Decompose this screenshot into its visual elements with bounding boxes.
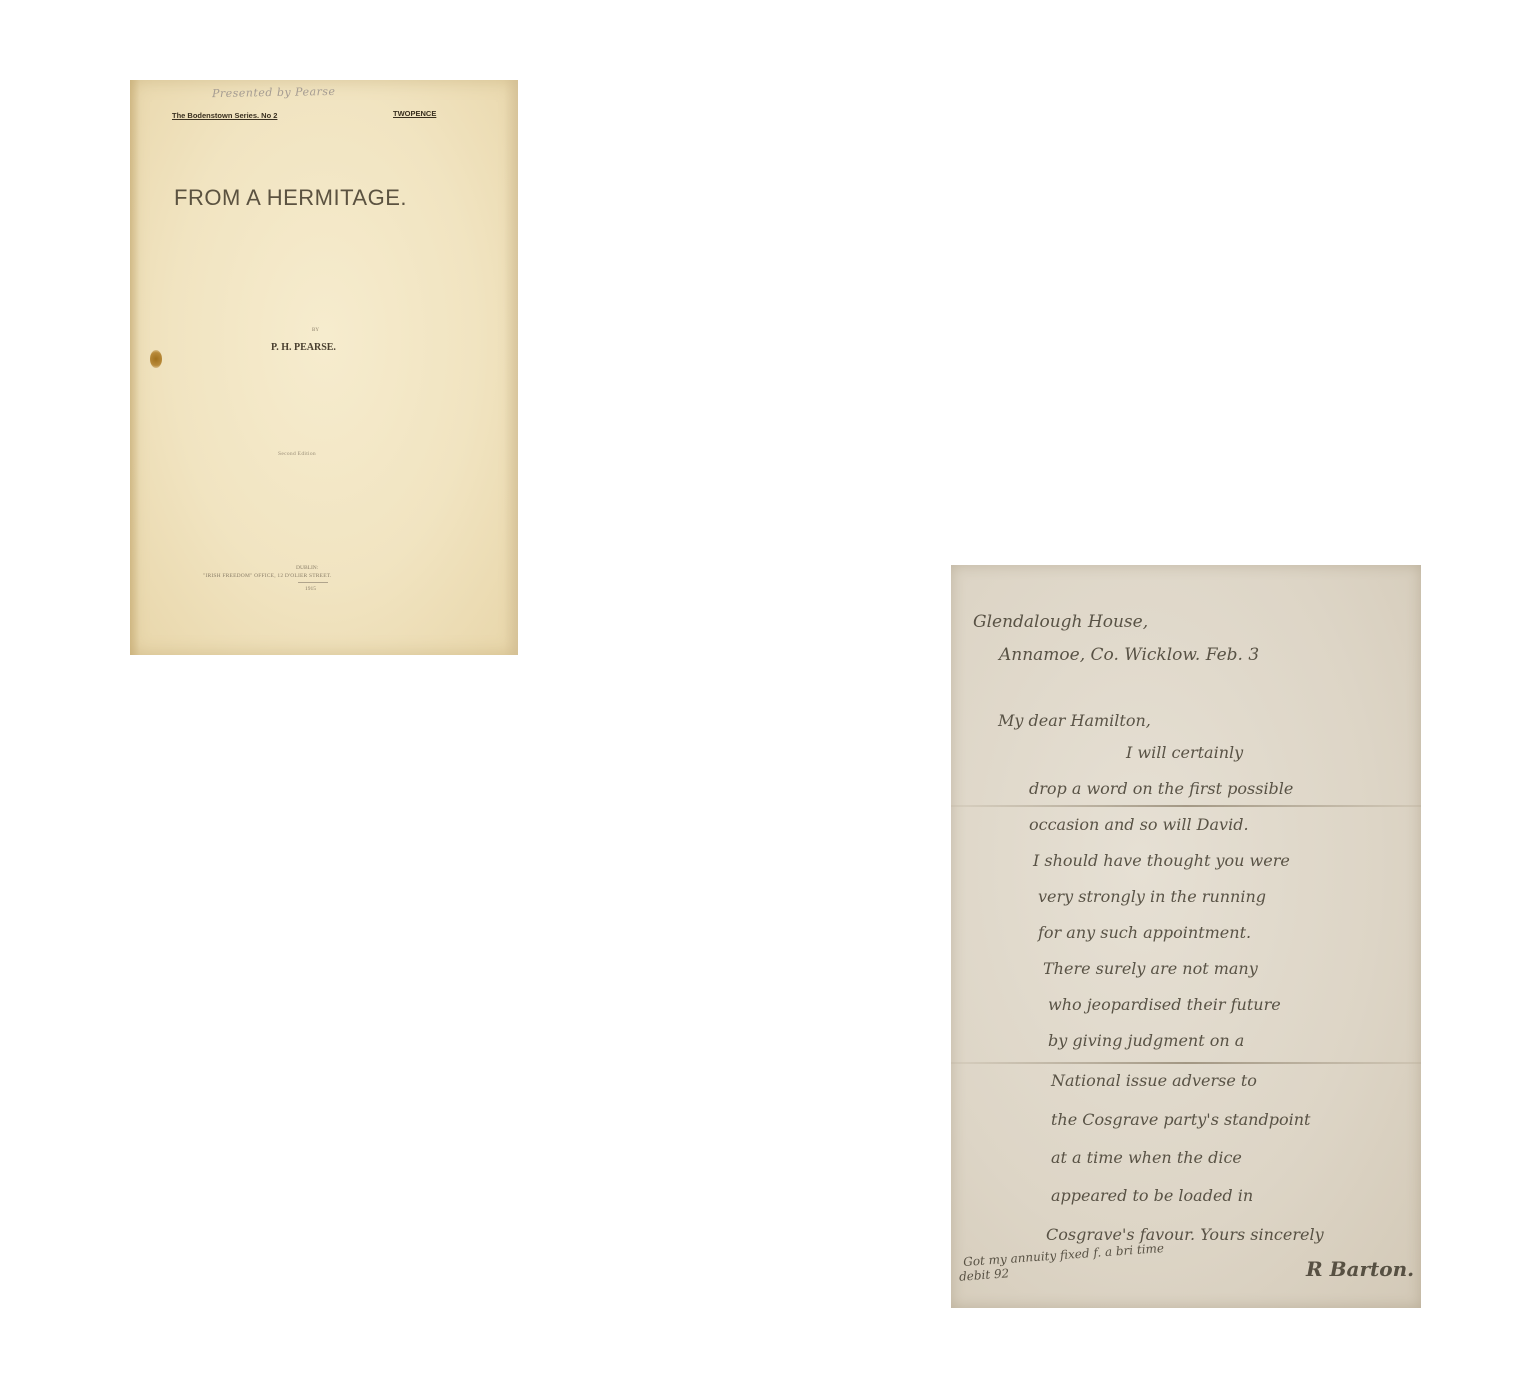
- letter-body-line: drop a word on the first possible: [1029, 779, 1293, 798]
- letter-body-line: appeared to be loaded in: [1051, 1186, 1253, 1205]
- letter-body-line: I should have thought you were: [1033, 851, 1290, 870]
- pamphlet-cover: [130, 80, 518, 655]
- pamphlet-imprint-city: DUBLIN:: [296, 565, 318, 571]
- letter-postscript-line: Got my annuity fixed f. a bri time: [963, 1241, 1165, 1269]
- letter-address-line: Annamoe, Co. Wicklow. Feb. 3: [999, 645, 1259, 665]
- letter-salutation: My dear Hamilton,: [998, 711, 1151, 730]
- letter-postscript-line: debit 92: [959, 1266, 1010, 1283]
- letter-body-line: for any such appointment.: [1038, 923, 1251, 942]
- handwritten-letter: Glendalough House, Annamoe, Co. Wicklow.…: [951, 565, 1421, 1308]
- letter-body-line: Cosgrave's favour. Yours sincerely: [1046, 1225, 1324, 1244]
- pamphlet-imprint-year: 1915: [305, 586, 316, 592]
- pamphlet-imprint-office: "IRISH FREEDOM" OFFICE, 12 D'OLIER STREE…: [203, 573, 332, 579]
- letter-signature: R Barton.: [1306, 1257, 1414, 1281]
- pamphlet-price: TWOPENCE: [393, 109, 436, 118]
- letter-body-line: who jeopardised their future: [1048, 995, 1281, 1014]
- pamphlet-series: The Bodenstown Series. No 2: [172, 111, 277, 120]
- pamphlet-title: FROM A HERMITAGE.: [174, 185, 407, 211]
- letter-body-line: at a time when the dice: [1051, 1148, 1242, 1167]
- letter-body-line: There surely are not many: [1043, 959, 1258, 978]
- pamphlet-imprint-rule: [298, 582, 328, 583]
- pamphlet-stain: [150, 350, 162, 368]
- letter-body-line: very strongly in the running: [1038, 887, 1266, 906]
- letter-fold-line: [951, 805, 1421, 807]
- letter-fold-line: [951, 1062, 1421, 1064]
- letter-body-line: National issue adverse to: [1051, 1071, 1257, 1090]
- pamphlet-by: BY: [312, 328, 319, 333]
- pamphlet-pencil-note: Presented by Pearse: [212, 85, 336, 100]
- letter-body-line: I will certainly: [1126, 743, 1243, 762]
- pamphlet-author: P. H. PEARSE.: [271, 342, 336, 353]
- letter-body-line: by giving judgment on a: [1048, 1031, 1244, 1050]
- letter-body-line: the Cosgrave party's standpoint: [1051, 1110, 1310, 1129]
- letter-body-line: occasion and so will David.: [1029, 815, 1249, 834]
- letter-address-line: Glendalough House,: [973, 612, 1148, 632]
- pamphlet-edition: Second Edition: [278, 451, 316, 457]
